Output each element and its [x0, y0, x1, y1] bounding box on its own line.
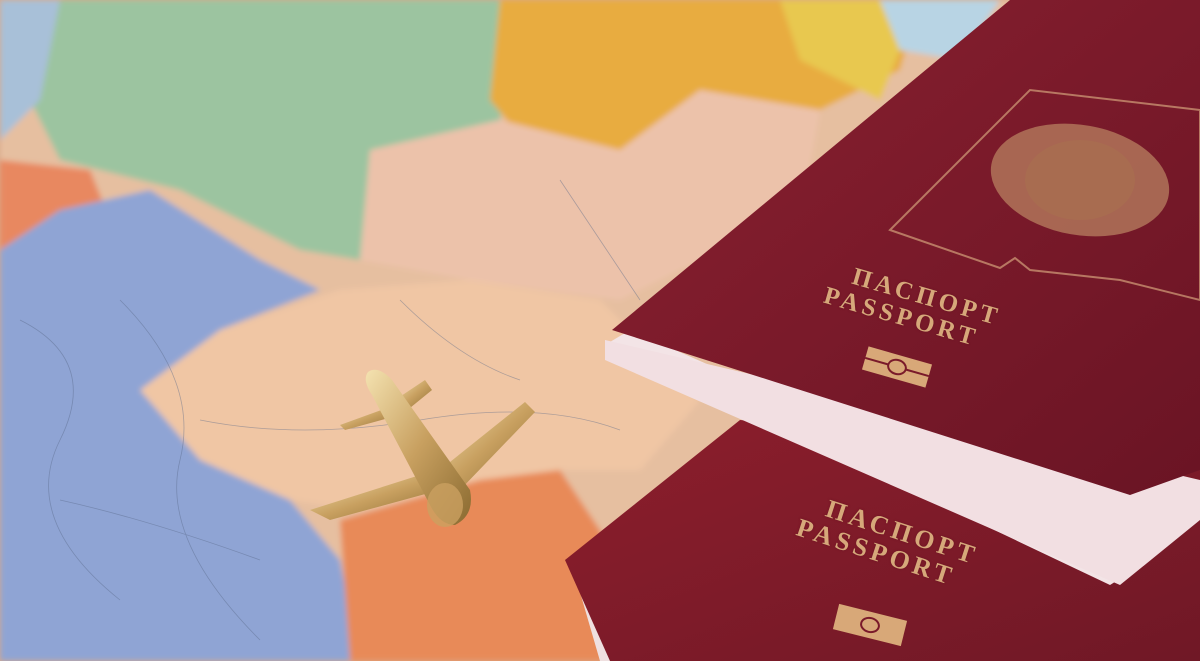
map-background — [0, 0, 1200, 661]
photo-scene: ПАСПОРТ PASSPORT ПАСПОРТ PASSPORT — [0, 0, 1200, 661]
